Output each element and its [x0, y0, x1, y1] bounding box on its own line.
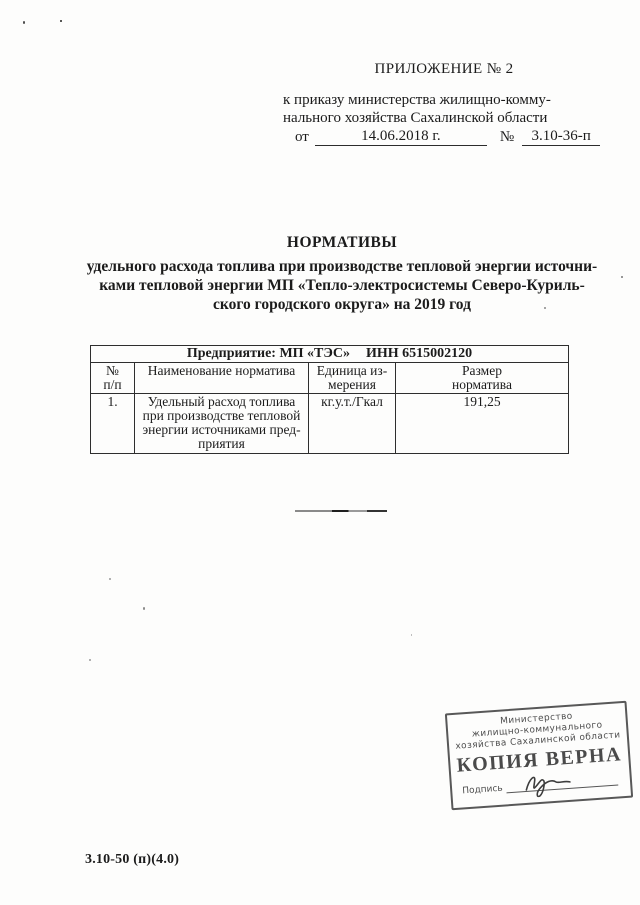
- normatives-table: Предприятие: МП «ТЭС» ИНН 6515002120 № п…: [90, 345, 569, 454]
- normative-name-line-2: при производстве тепловой: [137, 409, 306, 423]
- row-number-cell: 1.: [91, 394, 135, 454]
- copy-verification-stamp: Министерство жилищно-коммунального хозяй…: [445, 701, 633, 810]
- normative-name-line-4: приятия: [137, 437, 306, 451]
- order-date-value: 14.06.2018 г.: [315, 127, 487, 146]
- col-header-unit-line1: Единица из-: [311, 364, 393, 378]
- col-header-size: Размер норматива: [396, 363, 569, 394]
- document-title-heading: НОРМАТИВЫ: [76, 233, 608, 252]
- scan-speckle: [109, 578, 111, 580]
- scan-speckle: [621, 276, 623, 278]
- handwritten-signature: [522, 768, 578, 798]
- stamp-signature-label: Подпись: [462, 784, 503, 797]
- footer-doc-code: 3.10-50 (п)(4.0): [85, 852, 179, 868]
- scan-speckle: [60, 20, 62, 22]
- enterprise-header-row: Предприятие: МП «ТЭС» ИНН 6515002120: [91, 346, 569, 363]
- col-header-unit: Единица из- мерения: [309, 363, 396, 394]
- signature-line: [506, 772, 618, 794]
- col-header-num-line1: №: [93, 364, 132, 378]
- appendix-title: ПРИЛОЖЕНИЕ № 2: [283, 60, 605, 78]
- col-header-size-line1: Размер: [398, 364, 566, 378]
- enterprise-inn: ИНН 6515002120: [366, 347, 472, 361]
- col-header-num: № п/п: [91, 363, 135, 394]
- col-header-size-line2: норматива: [398, 378, 566, 392]
- table-row: 1. Удельный расход топлива при производс…: [91, 394, 569, 454]
- normative-name-line-3: энергии источниками пред-: [137, 423, 306, 437]
- col-header-name: Наименование норматива: [135, 363, 309, 394]
- document-title-block: НОРМАТИВЫ удельного расхода топлива при …: [76, 233, 608, 314]
- order-reference-line-2: нального хозяйства Сахалинской области: [283, 109, 605, 127]
- unit-cell: кг.у.т./Гкал: [309, 394, 396, 454]
- col-header-unit-line2: мерения: [311, 378, 393, 392]
- enterprise-header-cell: Предприятие: МП «ТЭС» ИНН 6515002120: [91, 346, 569, 363]
- section-divider-line: [295, 510, 387, 512]
- scan-speckle: [23, 21, 25, 24]
- scan-speckle: [411, 634, 412, 636]
- document-title-line-1: удельного расхода топлива при производст…: [76, 257, 608, 276]
- col-header-num-line2: п/п: [93, 378, 132, 392]
- col-header-name-line: Наименование норматива: [137, 364, 306, 378]
- normative-name-line-1: Удельный расход топлива: [137, 395, 306, 409]
- order-date-number-line: от 14.06.2018 г. № 3.10-36-п: [283, 127, 605, 146]
- scanned-document-page: ПРИЛОЖЕНИЕ № 2 к приказу министерства жи…: [0, 0, 640, 905]
- document-title-line-2: ками тепловой энергии МП «Тепло-электрос…: [76, 276, 608, 295]
- scan-speckle: [89, 659, 91, 661]
- scan-speckle: [143, 607, 145, 610]
- normative-value-cell: 191,25: [396, 394, 569, 454]
- appendix-header-block: ПРИЛОЖЕНИЕ № 2 к приказу министерства жи…: [283, 60, 605, 146]
- order-reference-line-1: к приказу министерства жилищно-комму-: [283, 91, 605, 109]
- number-sign: №: [500, 128, 514, 146]
- document-title-line-3: ского городского округа» на 2019 год: [76, 295, 608, 314]
- enterprise-label: Предприятие: МП «ТЭС»: [187, 347, 350, 361]
- scan-speckle: [544, 307, 546, 309]
- order-number-value: 3.10-36-п: [522, 127, 600, 146]
- normative-name-cell: Удельный расход топлива при производстве…: [135, 394, 309, 454]
- column-header-row: № п/п Наименование норматива Единица из-…: [91, 363, 569, 394]
- from-label: от: [295, 128, 309, 146]
